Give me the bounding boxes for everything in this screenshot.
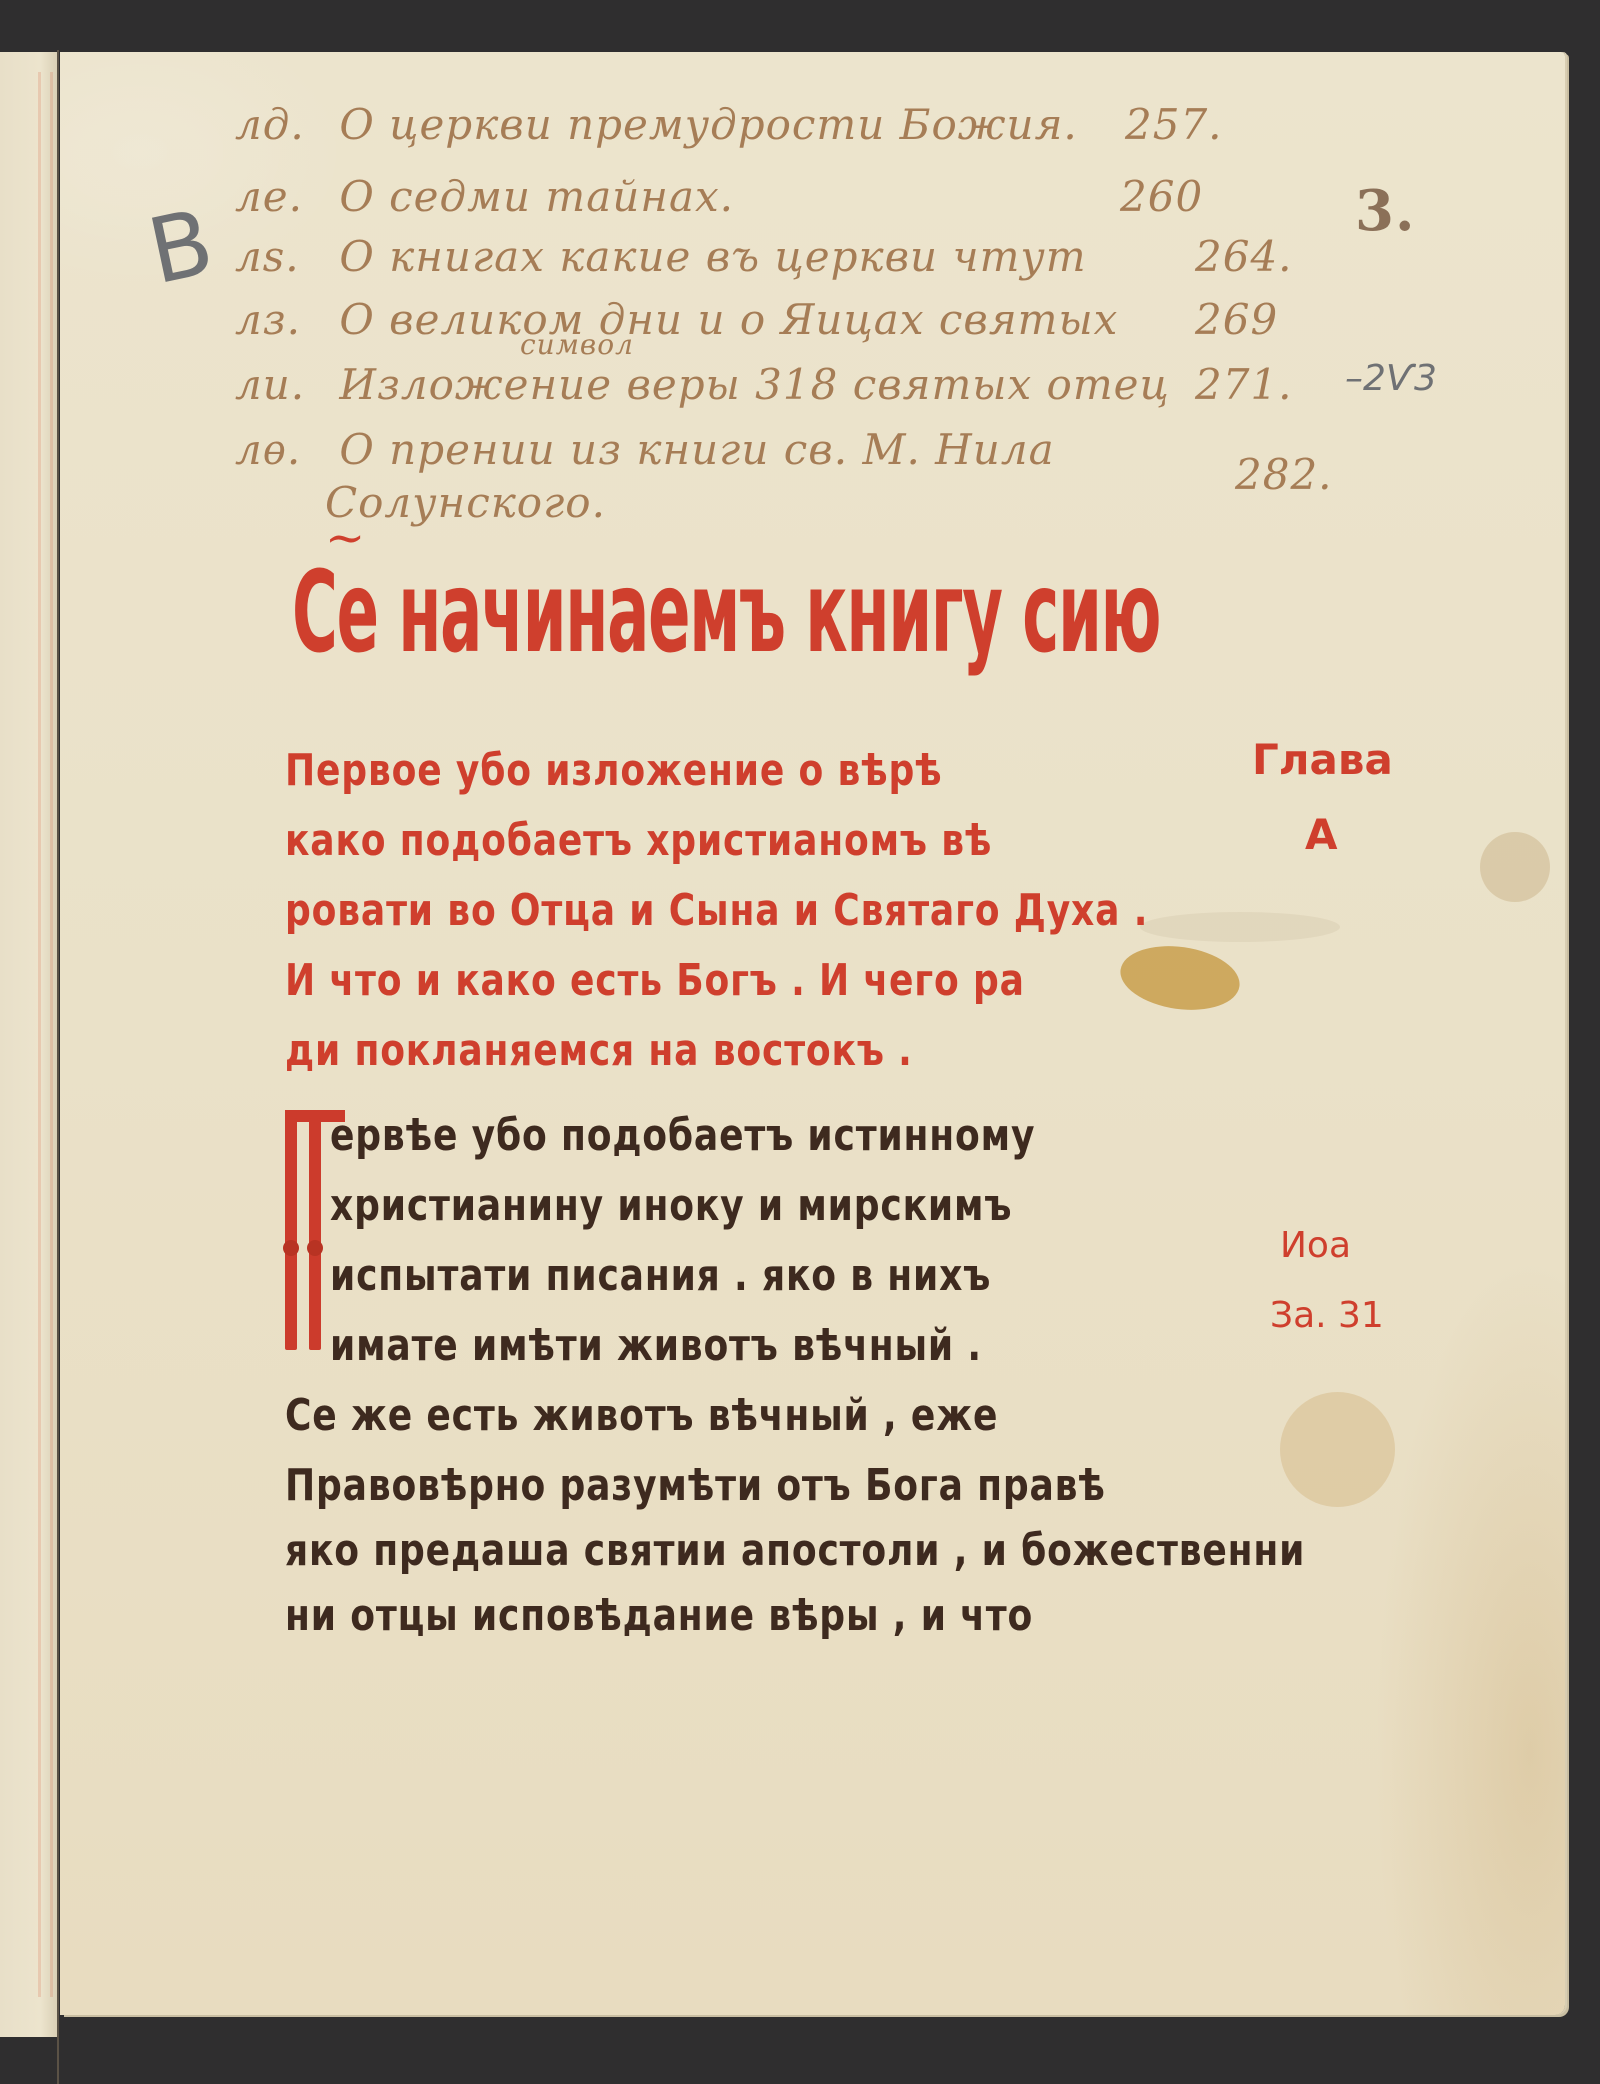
toc-row: ли. Изложение веры 318 святых отец <box>235 360 1170 409</box>
text-line: яко предаша святии апостоли , и божестве… <box>285 1525 1305 1576</box>
rubric-line: ровати во Отца и Сына и Святаго Духа . <box>285 885 1148 936</box>
toc-number: лд. <box>235 100 325 149</box>
rubric-line: како подобаетъ христианомъ вѣ <box>285 815 992 866</box>
scripture-reference: Иоа <box>1280 1225 1351 1266</box>
toc-row: ле. О седми тайнах. <box>235 172 734 221</box>
toc-page: 269 <box>1195 295 1278 344</box>
toc-title: О церкви премудрости Божия. <box>339 100 1077 149</box>
rubric-line: И что и како есть Богъ . И чего ра <box>285 955 1025 1006</box>
folio-number: 3. <box>1355 178 1415 244</box>
title-heading: Се начинаемъ книгу сию <box>292 548 1160 678</box>
facing-page-edge <box>0 52 58 2037</box>
ruling-line <box>50 72 53 1997</box>
chapter-label: Глава <box>1252 735 1393 784</box>
titlo-mark: ~ <box>325 510 365 566</box>
text-line: имате имѣти животъ вѣчный . <box>330 1320 982 1371</box>
toc-page: 257. <box>1125 100 1223 149</box>
toc-title: Изложение веры 318 святых отец <box>339 360 1169 409</box>
rubric-line: Первое убо изложение о вѣрѣ <box>285 745 943 796</box>
text-line: Се же есть животъ вѣчный , еже <box>285 1390 998 1441</box>
pencil-mark-right: –2Ѵ3 <box>1345 358 1437 399</box>
toc-number: лз. <box>235 295 325 344</box>
toc-title: Солунского. <box>325 478 606 527</box>
initial-knot <box>307 1240 323 1256</box>
toc-row: Солунского. <box>325 478 606 527</box>
chapter-number: А <box>1305 810 1338 859</box>
smudge <box>1140 912 1340 942</box>
toc-title: О книгах какие въ церкви чтут <box>339 232 1086 281</box>
toc-page: 282. <box>1235 450 1333 499</box>
initial-knot <box>283 1240 299 1256</box>
toc-number: ле. <box>235 172 325 221</box>
toc-row: лѕ. О книгах какие въ церкви чтут <box>235 232 1087 281</box>
round-stain <box>1280 1392 1395 1507</box>
initial-stem <box>285 1118 297 1350</box>
text-line: испытати писания . яко в нихъ <box>330 1250 991 1301</box>
toc-page: 264. <box>1195 232 1293 281</box>
text-line: ервѣе убо подобаетъ истинному <box>330 1110 1035 1161</box>
scripture-reference-verse: За. 31 <box>1270 1295 1384 1336</box>
text-line: Правовѣрно разумѣти отъ Бога правѣ <box>285 1460 1106 1511</box>
toc-page: 260 <box>1120 172 1203 221</box>
toc-number: ли. <box>235 360 325 409</box>
toc-row: лд. О церкви премудрости Божия. <box>235 100 1078 149</box>
ruling-line <box>38 72 41 1997</box>
binding-gutter <box>57 50 59 2084</box>
toc-title: О великом дни и о Яицах святых <box>339 295 1118 344</box>
text-line: христианину иноку и мирскимъ <box>330 1180 1012 1231</box>
toc-page: 271. <box>1195 360 1293 409</box>
faint-stain <box>1480 832 1550 902</box>
toc-title: О прении из книги св. М. Нила <box>339 425 1054 474</box>
initial-stem <box>309 1118 321 1350</box>
toc-number: лѕ. <box>235 232 325 281</box>
wax-stain <box>1116 939 1243 1017</box>
toc-title: О седми тайнах. <box>339 172 734 221</box>
toc-row: лѳ. О прении из книги св. М. Нила <box>235 425 1055 474</box>
toc-number: лѳ. <box>235 425 325 474</box>
toc-row: лз. О великом дни и о Яицах святых <box>235 295 1118 344</box>
toc-superscript: символ <box>520 328 634 361</box>
text-line: ни отцы исповѣдание вѣры , и что <box>285 1590 1033 1641</box>
rubric-line: ди покланяемся на востокъ . <box>285 1025 913 1076</box>
